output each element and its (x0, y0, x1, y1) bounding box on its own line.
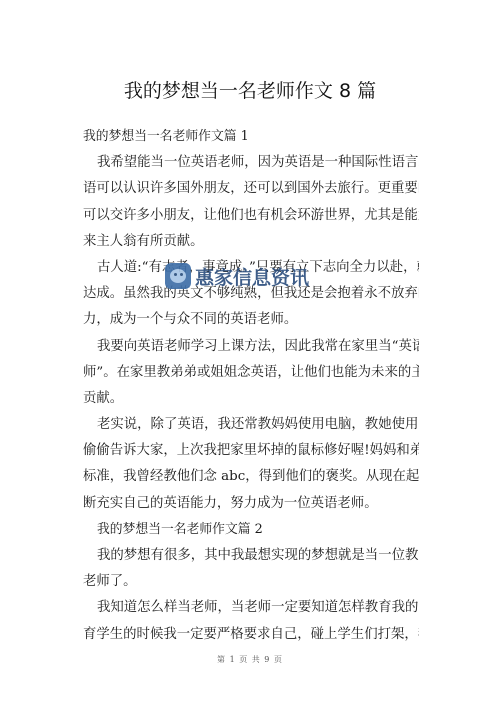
document-body: 我的梦想当一名老师作文篇 1 我希望能当一位英语老师，因为英语是一种国际性语言。… (83, 124, 419, 648)
paragraph-line: 偷偷告诉大家，上次我把家里坏掉的鼠标修好喔!妈妈和弟弟发音不 (83, 438, 419, 464)
paragraph-line: 老实说，除了英语，我还常教妈妈使用电脑，教她使用 e-mail。 (83, 412, 419, 438)
paragraph-line: 断充实自己的英语能力，努力成为一位英语老师。 (83, 491, 419, 517)
paragraph-line: 可以交许多小朋友，让他们也有机会环游世界，尤其是能为国家未 (83, 203, 419, 229)
paragraph-line: 师”。在家里教弟弟或姐姐念英语，让他们也能为未来的主人翁有所 (83, 360, 419, 386)
watermark: 惠家信息资讯 (165, 262, 309, 290)
paragraph-line: 语可以认识许多国外朋友，还可以到国外去旅行。更重要的是未来 (83, 176, 419, 202)
document-title: 我的梦想当一名老师作文 8 篇 (0, 76, 500, 103)
paragraph-line: 育学生的时候我一定要严格要求自己，碰上学生们打架，我会告诉 (83, 622, 419, 648)
paragraph-line: 我知道怎么样当老师，当老师一定要知道怎样教育我的学生。教 (83, 595, 419, 621)
robot-face-icon (165, 263, 191, 289)
paragraph-line: 老师了。 (83, 569, 419, 595)
paragraph-line: 我希望能当一位英语老师，因为英语是一种国际性语言。透过英 (83, 150, 419, 176)
page-number: 第 1 页 共 9 页 (0, 654, 500, 665)
paragraph-line: 我要向英语老师学习上课方法，因此我常在家里当“英语小老 (83, 334, 419, 360)
paragraph-line: 力，成为一个与众不同的英语老师。 (83, 307, 419, 333)
paragraph-line: 贡献。 (83, 386, 419, 412)
paragraph-line: 标准，我曾经教他们念 abc，得到他们的褒奖。从现在起，我要不 (83, 464, 419, 490)
watermark-text: 惠家信息资讯 (195, 263, 309, 290)
paragraph-line: 来主人翁有所贡献。 (83, 229, 419, 255)
paragraph-line: 我的梦想有很多，其中我最想实现的梦想就是当一位教学有方的 (83, 543, 419, 569)
document-page: 我的梦想当一名老师作文 8 篇 我的梦想当一名老师作文篇 1 我希望能当一位英语… (0, 0, 500, 707)
section-heading-1: 我的梦想当一名老师作文篇 1 (83, 124, 419, 150)
section-heading-2: 我的梦想当一名老师作文篇 2 (83, 517, 419, 543)
